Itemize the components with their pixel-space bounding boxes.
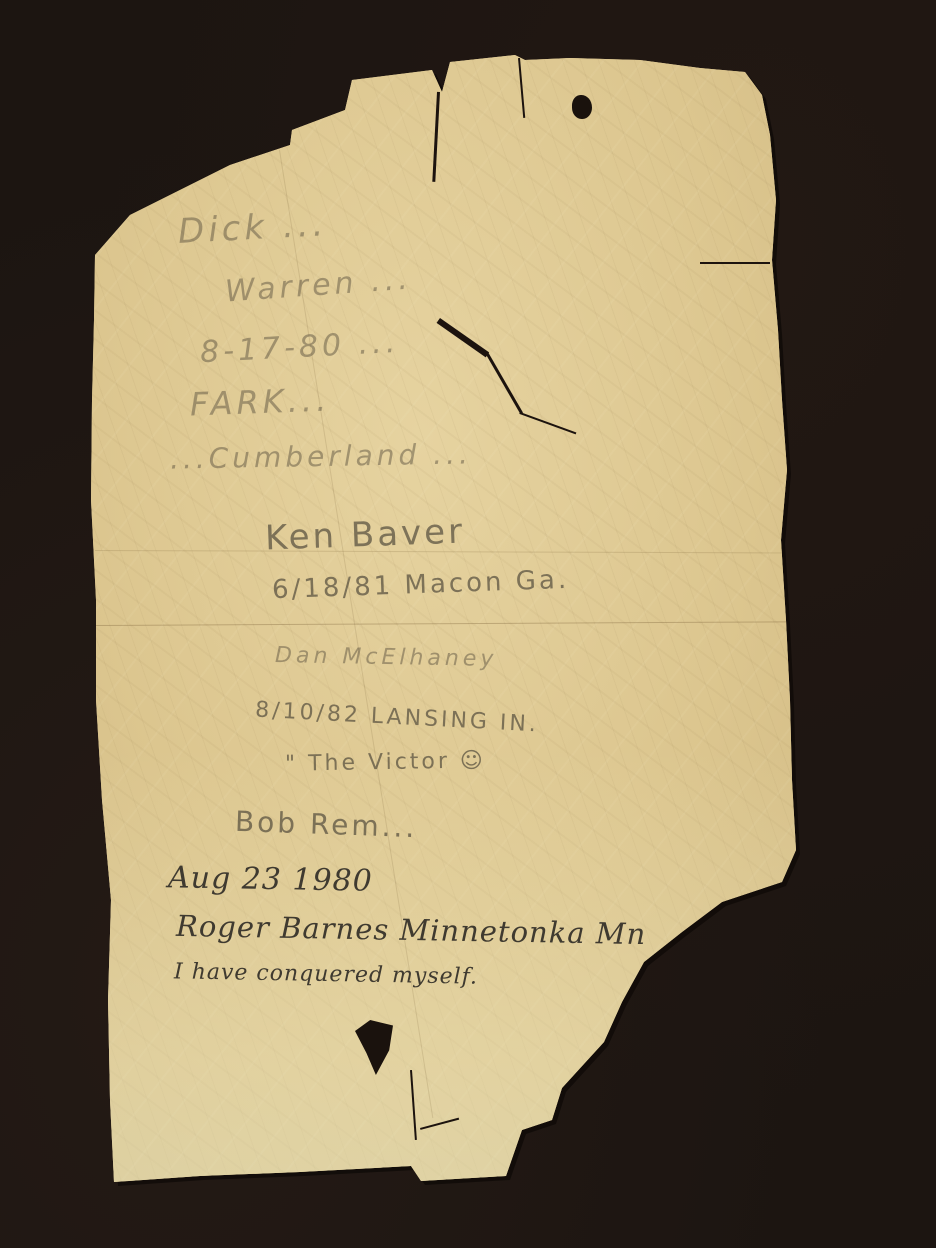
handwritten-line: ...Cumberland ... [170, 437, 472, 475]
handwritten-line: FARK... [189, 381, 330, 424]
handwritten-name: Ken Baver [264, 512, 465, 559]
handwritten-name: Bob Rem... [234, 805, 417, 844]
handwritten-note: " The Victor ☺ [285, 748, 486, 777]
photo-background: Dick ... Warren ... 8-17-80 ... FARK... … [0, 0, 936, 1248]
torn-paper-sheet: Dick ... Warren ... 8-17-80 ... FARK... … [0, 0, 936, 1248]
paper-tear [700, 262, 770, 264]
handwritten-quote: I have conquered myself. [174, 959, 478, 989]
handwritten-line: Dick ... [177, 204, 328, 252]
handwritten-name: Dan McElhaney [275, 643, 498, 672]
handwritten-date: Aug 23 1980 [168, 860, 373, 899]
paper-hole [572, 95, 592, 119]
